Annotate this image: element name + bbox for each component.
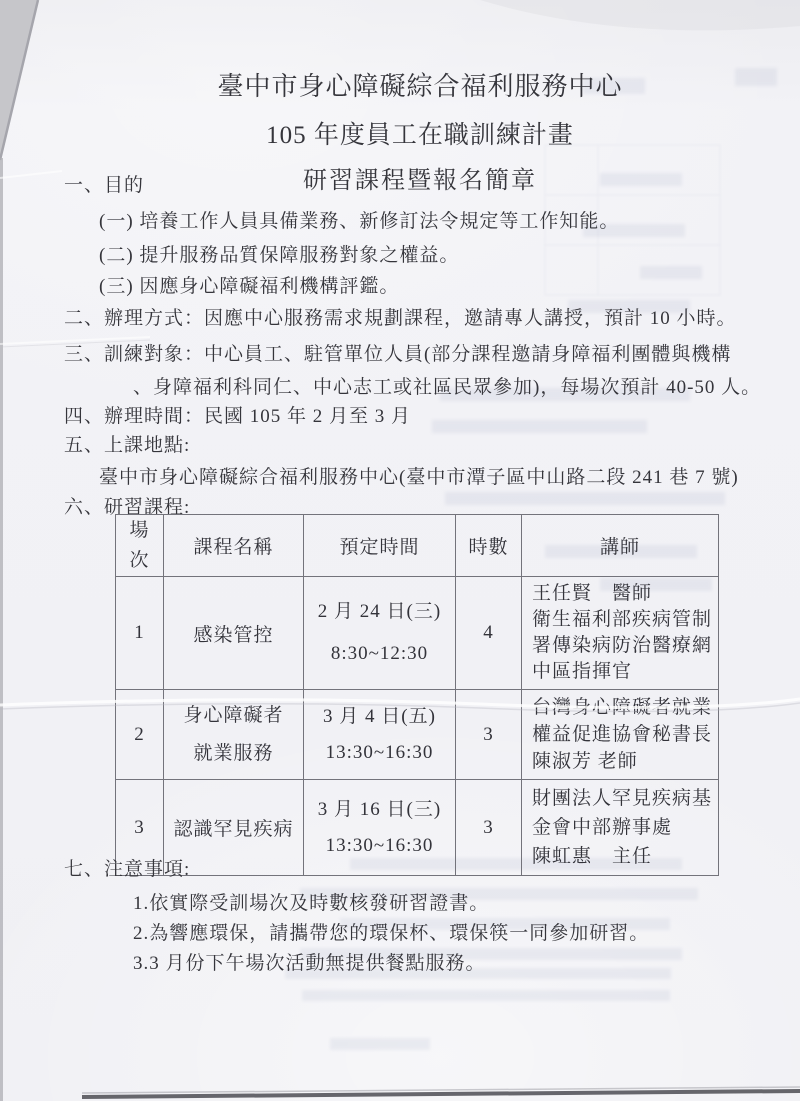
cell-lecturer: 王任賢 醫師 衛生福利部疾病管制 署傳染病防治醫療網 中區指揮官 [522, 577, 719, 690]
cell-session: 2 [116, 690, 164, 780]
cell-lecturer: 台灣身心障礙者就業 權益促進協會秘書長 陳淑芳 老師 [522, 690, 719, 780]
cell-course: 感染管控 [164, 577, 304, 690]
header-hours: 時數 [456, 515, 522, 577]
section-trainees-line1: 三、訓練對象：中心員工、駐管單位人員(部分課程邀請身障福利團體與機構 [64, 339, 731, 366]
section-trainees-line2: 、身障福利科同仁、中心志工或社區民眾參加)，每場次預計 40-50 人。 [133, 372, 761, 399]
title-line-2: 105 年度員工在職訓練計畫 [40, 115, 800, 151]
cell-hours: 4 [456, 577, 522, 690]
cell-lecturer: 財團法人罕見疾病基 金會中部辦事處 陳虹惠 主任 [522, 780, 719, 876]
cell-session: 1 [116, 577, 164, 690]
section-schedule: 四、辦理時間：民國 105 年 2 月至 3 月 [64, 401, 411, 428]
section-purpose-heading: 一、目的 [64, 170, 144, 197]
header-session: 場 次 [116, 515, 164, 577]
cell-hours: 3 [456, 690, 522, 780]
cell-time: 2 月 24 日(三) 8:30~12:30 [304, 577, 456, 690]
purpose-item-1: (一) 培養工作人員具備業務、新修訂法令規定等工作知能。 [99, 206, 619, 233]
section-location-heading: 五、上課地點: [64, 430, 190, 457]
purpose-item-3: (三) 因應身心障礙福利機構評鑑。 [99, 271, 399, 298]
table-row: 2 身心障礙者 就業服務 3 月 4 日(五) 13:30~16:30 3 台灣… [116, 690, 719, 780]
scanned-document: 臺中市身心障礙綜合福利服務中心 105 年度員工在職訓練計畫 研習課程暨報名簡章… [0, 0, 800, 1101]
section-location-detail: 臺中市身心障礙綜合福利服務中心(臺中市潭子區中山路二段 241 巷 7 號) [99, 462, 739, 489]
table-row: 1 感染管控 2 月 24 日(三) 8:30~12:30 4 王任賢 醫師 衛… [116, 577, 719, 690]
course-schedule-table: 場 次 課程名稱 預定時間 時數 講師 1 感染管控 2 月 24 日(三) 8… [115, 514, 719, 876]
header-time: 預定時間 [304, 515, 456, 577]
cell-time: 3 月 4 日(五) 13:30~16:30 [304, 690, 456, 780]
purpose-item-2: (二) 提升服務品質保障服務對象之權益。 [99, 240, 459, 267]
section-notes-heading: 七、注意事項: [64, 854, 190, 881]
table-row: 3 認識罕見疾病 3 月 16 日(三) 13:30~16:30 3 財團法人罕… [116, 780, 719, 876]
title-line-3: 研習課程暨報名簡章 [40, 160, 800, 195]
cell-hours: 3 [456, 780, 522, 876]
note-item-1: 1.依實際受訓場次及時數核發研習證書。 [133, 888, 489, 915]
title-line-1: 臺中市身心障礙綜合福利服務中心 [40, 66, 800, 103]
header-course: 課程名稱 [164, 515, 304, 577]
note-item-3: 3.3 月份下午場次活動無提供餐點服務。 [133, 948, 486, 975]
table-header-row: 場 次 課程名稱 預定時間 時數 講師 [116, 515, 719, 577]
cell-course: 身心障礙者 就業服務 [164, 690, 304, 780]
cell-time: 3 月 16 日(三) 13:30~16:30 [304, 780, 456, 876]
note-item-2: 2.為響應環保，請攜帶您的環保杯、環保筷一同參加研習。 [133, 918, 649, 945]
section-method: 二、辦理方式：因應中心服務需求規劃課程，邀請專人講授，預計 10 小時。 [64, 303, 737, 330]
document-title: 臺中市身心障礙綜合福利服務中心 105 年度員工在職訓練計畫 研習課程暨報名簡章 [40, 66, 800, 195]
header-lecturer: 講師 [522, 515, 719, 577]
